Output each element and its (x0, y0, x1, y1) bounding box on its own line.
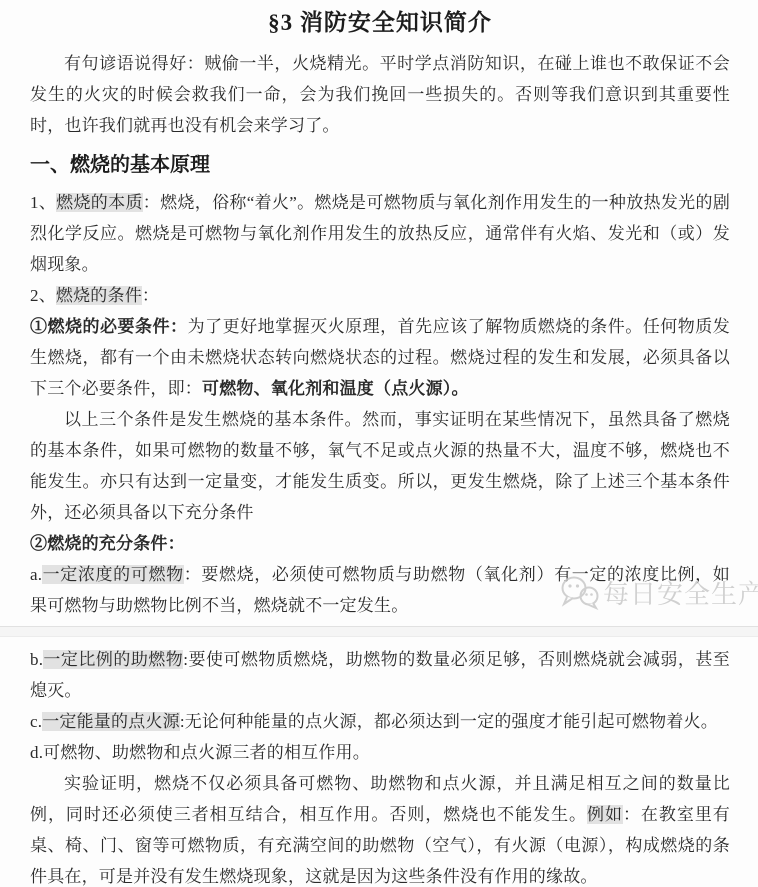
paragraph-necessary-conditions: ①燃烧的必要条件：为了更好地掌握灭火原理，首先应该了解物质燃烧的条件。任何物质发… (30, 311, 730, 404)
text-run: a. (30, 565, 42, 584)
text-run: :无论何种能量的点火源，都必须达到一定的强度才能引起可燃物着火。 (180, 712, 718, 731)
text-run: 可燃物、氧化剂和温度（点火源）。 (202, 379, 469, 398)
paragraph-basic-conditions-discussion: 以上三个条件是发生燃烧的基本条件。然而，事实证明在某些情况下，虽然具备了燃烧的基… (30, 404, 730, 528)
paragraph-sufficient-conditions-label: ②燃烧的充分条件： (30, 528, 730, 559)
paragraph-burning-nature: 1、燃烧的本质：燃烧，俗称“着火”。燃烧是可燃物质与氧化剂作用发生的一种放热发光… (30, 187, 730, 280)
list-item-b-oxidizer-ratio: b.一定比例的助燃物:要使可燃物质燃烧，助燃物的数量必须足够，否则燃烧就会减弱，… (30, 644, 730, 706)
text-run: b. (30, 650, 43, 669)
text-run: 燃烧的条件 (56, 286, 142, 305)
text-run: 有句谚语说得好：贼偷一半，火烧精光。平时学点消防知识，在碰上谁也不敢保证不会发生… (30, 54, 730, 135)
text-run: §3 消防安全知识简介 (268, 10, 492, 35)
text-run: 燃烧的本质 (56, 193, 143, 212)
page-title: §3 消防安全知识简介 (30, 4, 730, 42)
text-run: ： (142, 286, 159, 305)
paragraph-experiment-example: 实验证明，燃烧不仅必须具备可燃物、助燃物和点火源，并且满足相互之间的数量比例，同… (30, 768, 730, 887)
text-run: 2、 (30, 286, 56, 305)
text-run: 一、燃烧的基本原理 (30, 154, 210, 176)
text-run: ①燃烧的必要条件： (30, 317, 188, 336)
text-run: 以上三个条件是发生燃烧的基本条件。然而，事实证明在某些情况下，虽然具备了燃烧的基… (30, 410, 730, 522)
text-run: 例如 (587, 805, 623, 824)
page-separator (0, 626, 758, 637)
text-run: ②燃烧的充分条件： (30, 534, 185, 553)
paragraph-burning-conditions-label: 2、燃烧的条件： (30, 280, 730, 311)
text-run: 一定浓度的可燃物 (42, 565, 184, 584)
text-run: 1、 (30, 193, 56, 212)
list-item-a-fuel-concentration: a.一定浓度的可燃物：要燃烧，必须使可燃物质与助燃物（氧化剂）有一定的浓度比例，… (30, 559, 730, 621)
list-item-c-ignition-energy: c.一定能量的点火源:无论何种能量的点火源，都必须达到一定的强度才能引起可燃物着… (30, 706, 730, 737)
text-run: 一定比例的助燃物 (43, 650, 183, 669)
document-page: §3 消防安全知识简介 有句谚语说得好：贼偷一半，火烧精光。平时学点消防知识，在… (0, 0, 758, 887)
list-item-d-interaction: d.可燃物、助燃物和点火源三者的相互作用。 (30, 737, 730, 768)
text-run: 一定能量的点火源 (42, 712, 180, 731)
section-heading-burning-principle: 一、燃烧的基本原理 (30, 145, 730, 185)
text-run: c. (30, 712, 42, 731)
paragraph-proverb-intro: 有句谚语说得好：贼偷一半，火烧精光。平时学点消防知识，在碰上谁也不敢保证不会发生… (30, 48, 730, 141)
text-run: d.可燃物、助燃物和点火源三者的相互作用。 (30, 743, 370, 762)
